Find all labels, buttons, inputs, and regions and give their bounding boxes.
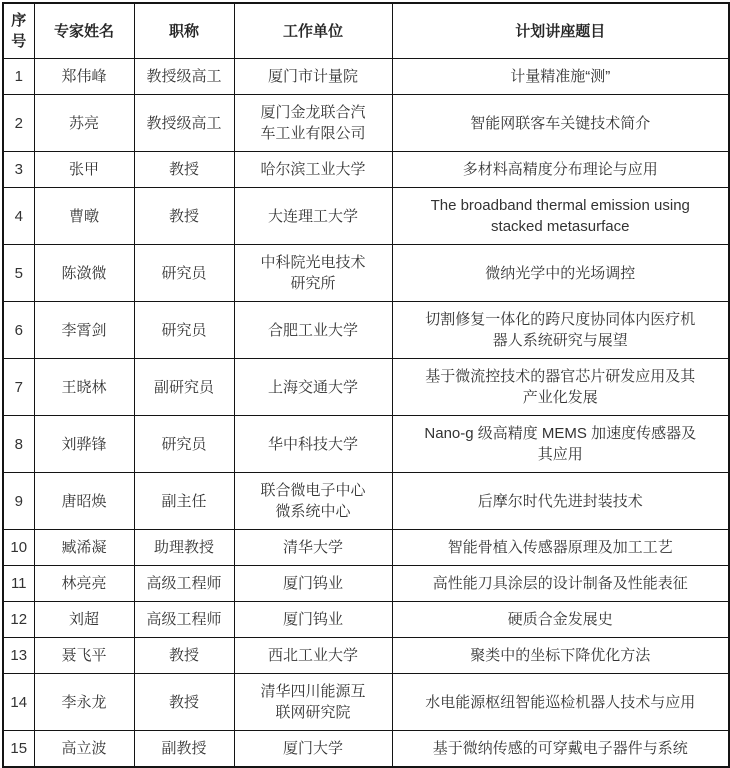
cell-name: 林亮亮 [34,566,134,602]
cell-name: 王晓林 [34,359,134,416]
header-cell-title: 职称 [134,3,234,59]
cell-title: 教授级高工 [134,59,234,95]
cell-index: 14 [3,674,34,731]
cell-title: 教授 [134,674,234,731]
cell-org: 华中科技大学 [234,416,392,473]
cell-topic: 智能网联客车关键技术简介 [392,95,729,152]
table-row: 15 高立波 副教授 厦门大学 基于微纳传感的可穿戴电子器件与系统 [3,731,729,768]
table-row: 6 李霄剑 研究员 合肥工业大学 切割修复一体化的跨尺度协同体内医疗机器人系统研… [3,302,729,359]
cell-title: 教授 [134,188,234,245]
cell-org: 联合微电子中心微系统中心 [234,473,392,530]
cell-title: 研究员 [134,416,234,473]
cell-topic: 计量精准施“测” [392,59,729,95]
header-cell-org: 工作单位 [234,3,392,59]
cell-index: 10 [3,530,34,566]
table-row: 8 刘骅锋 研究员 华中科技大学 Nano-g 级高精度 MEMS 加速度传感器… [3,416,729,473]
cell-org: 上海交通大学 [234,359,392,416]
cell-org: 大连理工大学 [234,188,392,245]
table-row: 5 陈潋微 研究员 中科院光电技术研究所 微纳光学中的光场调控 [3,245,729,302]
cell-name: 苏亮 [34,95,134,152]
cell-name: 唐昭焕 [34,473,134,530]
cell-index: 1 [3,59,34,95]
cell-title: 副研究员 [134,359,234,416]
cell-name: 李永龙 [34,674,134,731]
cell-index: 5 [3,245,34,302]
cell-title: 副教授 [134,731,234,768]
cell-org: 中科院光电技术研究所 [234,245,392,302]
cell-title: 研究员 [134,302,234,359]
cell-index: 3 [3,152,34,188]
cell-index: 6 [3,302,34,359]
table-row: 11 林亮亮 高级工程师 厦门钨业 高性能刀具涂层的设计制备及性能表征 [3,566,729,602]
table-row: 4 曹暾 教授 大连理工大学 The broadband thermal emi… [3,188,729,245]
cell-topic: 微纳光学中的光场调控 [392,245,729,302]
cell-title: 研究员 [134,245,234,302]
cell-org: 厦门市计量院 [234,59,392,95]
cell-name: 郑伟峰 [34,59,134,95]
cell-topic: 高性能刀具涂层的设计制备及性能表征 [392,566,729,602]
cell-org: 厦门钨业 [234,566,392,602]
cell-name: 张甲 [34,152,134,188]
cell-index: 8 [3,416,34,473]
cell-title: 助理教授 [134,530,234,566]
table-row: 2 苏亮 教授级高工 厦门金龙联合汽车工业有限公司 智能网联客车关键技术简介 [3,95,729,152]
header-cell-index: 序号 [3,3,34,59]
cell-topic: 多材料高精度分布理论与应用 [392,152,729,188]
cell-title: 教授 [134,638,234,674]
cell-topic: 水电能源枢纽智能巡检机器人技术与应用 [392,674,729,731]
cell-name: 曹暾 [34,188,134,245]
cell-topic: 聚类中的坐标下降优化方法 [392,638,729,674]
table-row: 3 张甲 教授 哈尔滨工业大学 多材料高精度分布理论与应用 [3,152,729,188]
table-row: 13 聂飞平 教授 西北工业大学 聚类中的坐标下降优化方法 [3,638,729,674]
cell-topic: 硬质合金发展史 [392,602,729,638]
cell-title: 教授级高工 [134,95,234,152]
lecture-schedule-table-container: 序号 专家姓名 职称 工作单位 计划讲座题目 1 郑伟峰 教授级高工 厦门市计量… [2,2,728,768]
cell-index: 13 [3,638,34,674]
cell-org: 厦门大学 [234,731,392,768]
cell-title: 教授 [134,152,234,188]
cell-org: 合肥工业大学 [234,302,392,359]
cell-index: 9 [3,473,34,530]
cell-index: 15 [3,731,34,768]
cell-topic: Nano-g 级高精度 MEMS 加速度传感器及其应用 [392,416,729,473]
table-row: 10 臧浠凝 助理教授 清华大学 智能骨植入传感器原理及加工工艺 [3,530,729,566]
cell-name: 聂飞平 [34,638,134,674]
cell-name: 高立波 [34,731,134,768]
cell-title: 高级工程师 [134,566,234,602]
table-row: 7 王晓林 副研究员 上海交通大学 基于微流控技术的器官芯片研发应用及其产业化发… [3,359,729,416]
cell-name: 李霄剑 [34,302,134,359]
cell-org: 清华大学 [234,530,392,566]
cell-topic: 基于微纳传感的可穿戴电子器件与系统 [392,731,729,768]
cell-org: 厦门金龙联合汽车工业有限公司 [234,95,392,152]
cell-index: 4 [3,188,34,245]
cell-topic: The broadband thermal emission using sta… [392,188,729,245]
table-row: 12 刘超 高级工程师 厦门钨业 硬质合金发展史 [3,602,729,638]
table-row: 9 唐昭焕 副主任 联合微电子中心微系统中心 后摩尔时代先进封装技术 [3,473,729,530]
cell-topic: 基于微流控技术的器官芯片研发应用及其产业化发展 [392,359,729,416]
cell-org: 西北工业大学 [234,638,392,674]
cell-name: 刘超 [34,602,134,638]
cell-index: 2 [3,95,34,152]
cell-topic: 切割修复一体化的跨尺度协同体内医疗机器人系统研究与展望 [392,302,729,359]
cell-index: 11 [3,566,34,602]
cell-title: 副主任 [134,473,234,530]
table-row: 14 李永龙 教授 清华四川能源互联网研究院 水电能源枢纽智能巡检机器人技术与应… [3,674,729,731]
header-cell-topic: 计划讲座题目 [392,3,729,59]
header-cell-name: 专家姓名 [34,3,134,59]
table-row: 1 郑伟峰 教授级高工 厦门市计量院 计量精准施“测” [3,59,729,95]
cell-index: 12 [3,602,34,638]
cell-topic: 后摩尔时代先进封装技术 [392,473,729,530]
header-row: 序号 专家姓名 职称 工作单位 计划讲座题目 [3,3,729,59]
cell-name: 陈潋微 [34,245,134,302]
cell-title: 高级工程师 [134,602,234,638]
lecture-schedule-table: 序号 专家姓名 职称 工作单位 计划讲座题目 1 郑伟峰 教授级高工 厦门市计量… [2,2,730,768]
cell-topic: 智能骨植入传感器原理及加工工艺 [392,530,729,566]
cell-name: 臧浠凝 [34,530,134,566]
cell-name: 刘骅锋 [34,416,134,473]
cell-org: 厦门钨业 [234,602,392,638]
cell-org: 哈尔滨工业大学 [234,152,392,188]
cell-index: 7 [3,359,34,416]
cell-org: 清华四川能源互联网研究院 [234,674,392,731]
